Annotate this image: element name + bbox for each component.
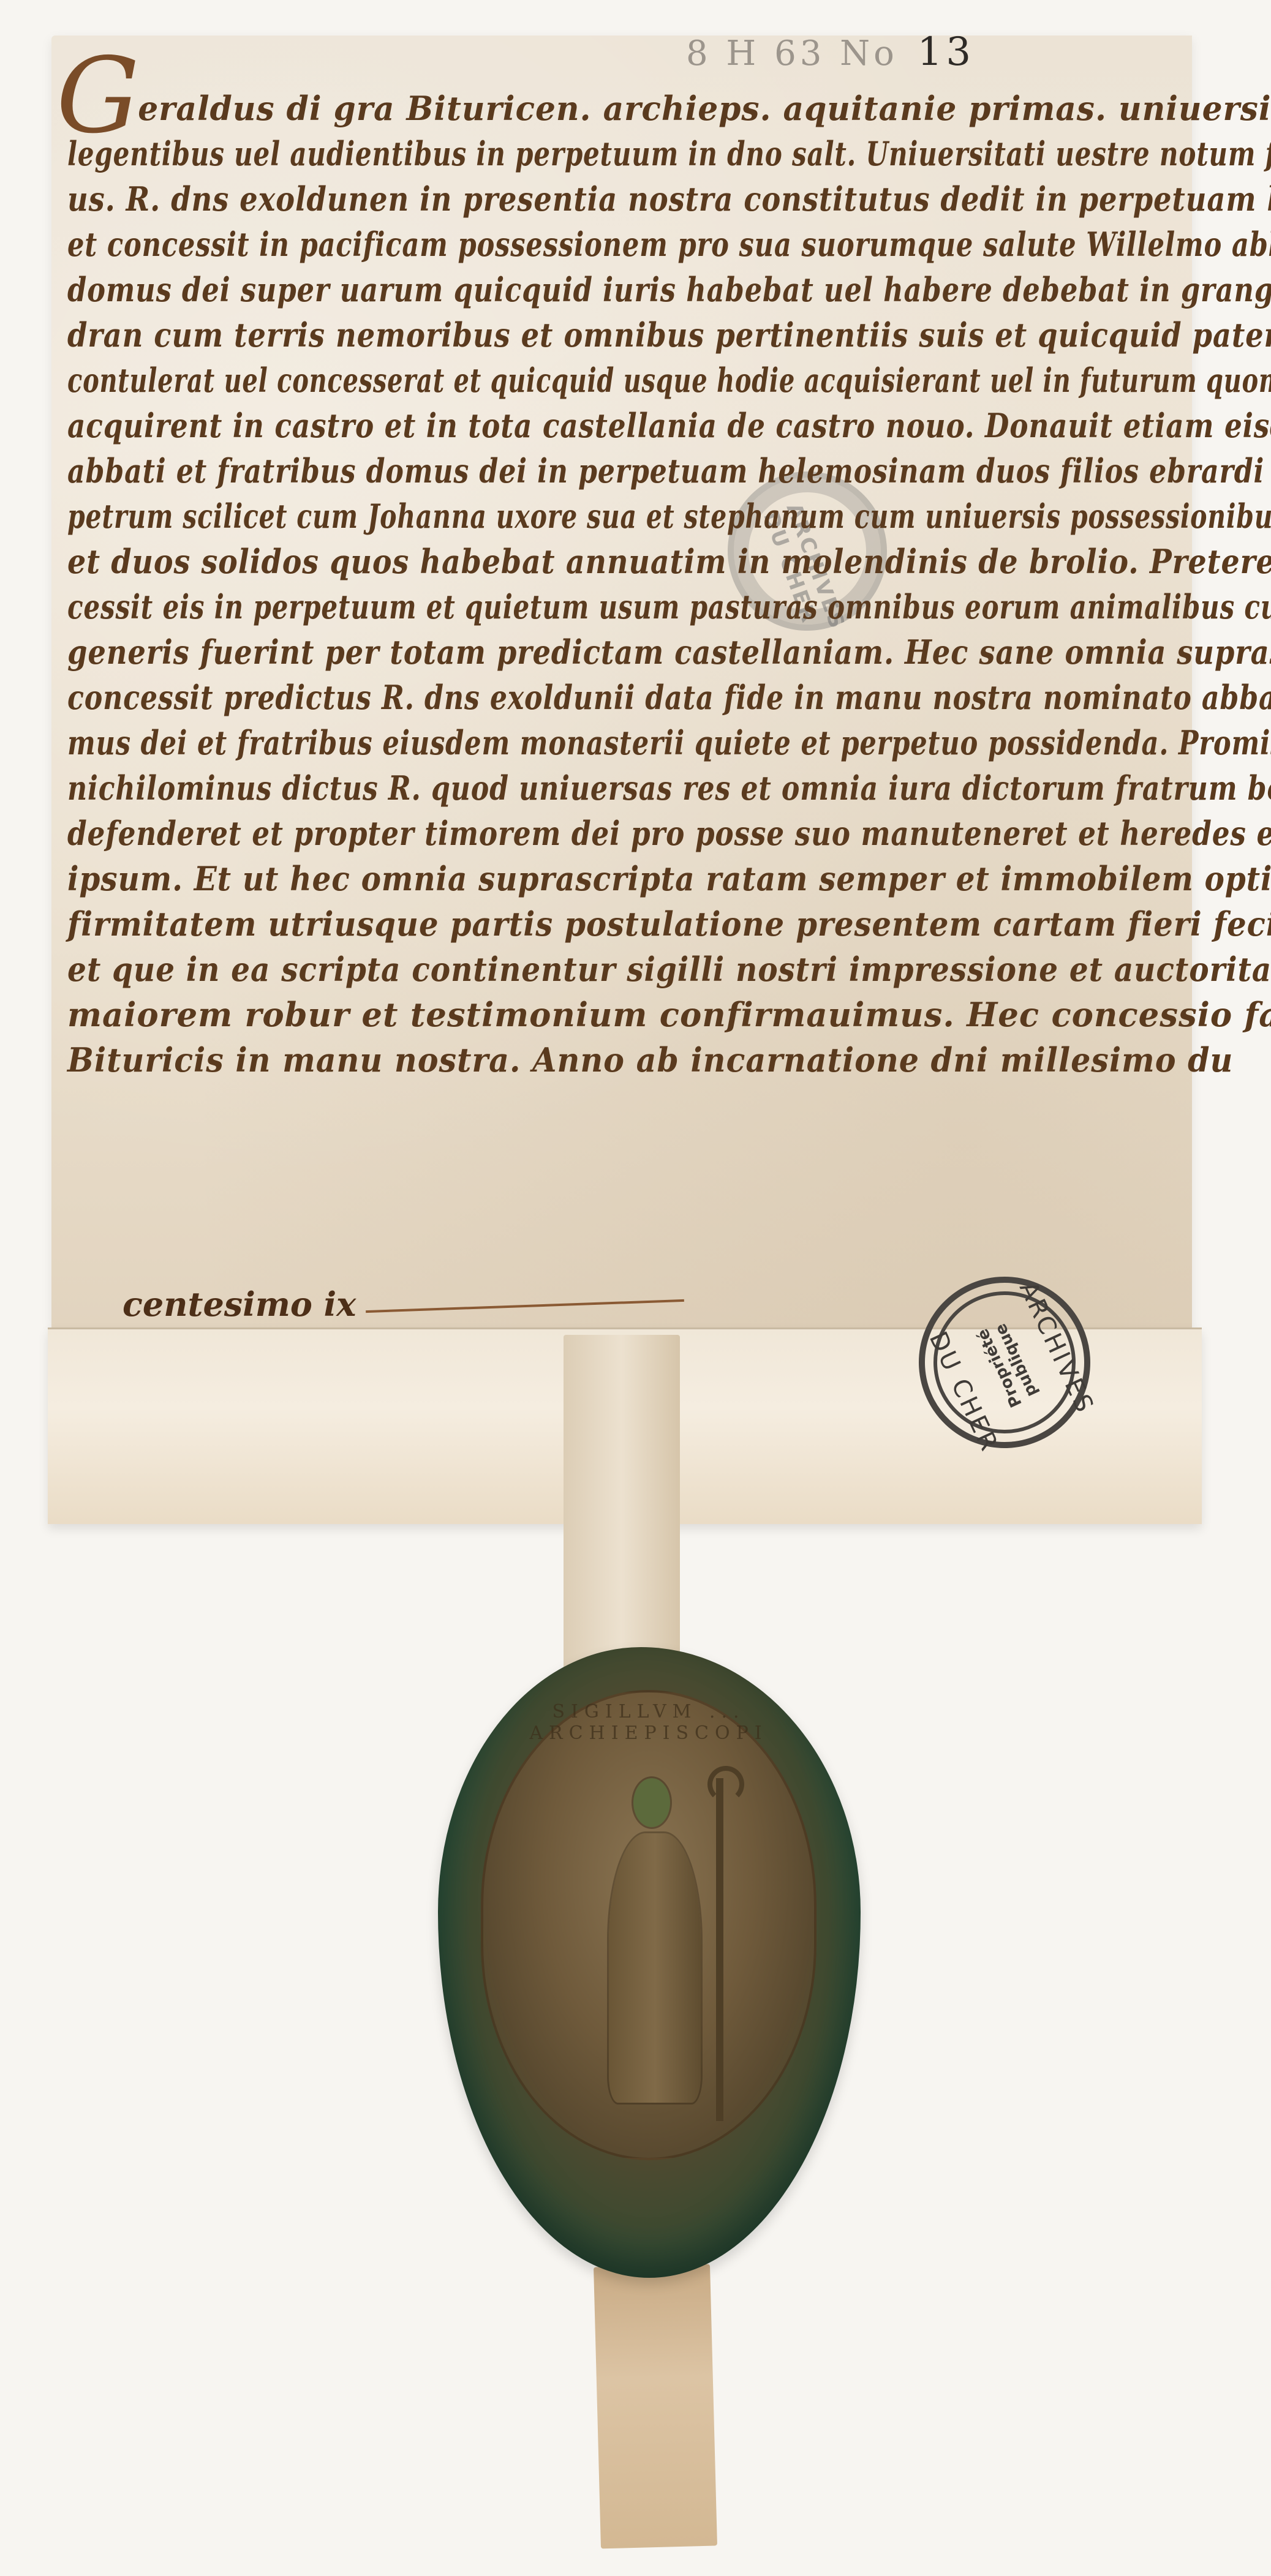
text-line: firmitatem utriusque partis postulatione… [67, 901, 1071, 947]
text-line: petrum scilicet cum Johanna uxore sua et… [67, 494, 896, 539]
text-line: et que in ea scripta continentur sigilli… [67, 947, 1049, 992]
text-line: et concessit in pacificam possessionem p… [67, 222, 940, 267]
text-line: ipsum. Et ut hec omnia suprascripta rata… [67, 856, 1049, 901]
line-filler-flourish [366, 1299, 684, 1313]
seal-impression: SIGILLVM ... ARCHIEPISCOPI [481, 1690, 817, 2160]
text-line: eraldus di gra Bituricen. archieps. aqui… [67, 86, 1114, 131]
shelfmark-printed: 8 H 63 No [686, 34, 898, 73]
text-line: et duos solidos quos habebat annuatim in… [67, 539, 1027, 584]
seal-tag-upper [564, 1335, 680, 1678]
wax-seal: SIGILLVM ... ARCHIEPISCOPI [438, 1647, 861, 2278]
date-line: centesimo ix [123, 1285, 684, 1324]
text-line: nichilominus dictus R. quod uniuersas re… [67, 765, 962, 811]
figure-head-icon [633, 1778, 670, 1827]
stamp-inner: Propriété publique [973, 1318, 1043, 1410]
text-line: maiorem robur et testimonium confirmauim… [67, 992, 1136, 1037]
text-line: us. R. dns exoldunen in presentia nostra… [67, 176, 1005, 222]
crozier-icon [716, 1778, 723, 2121]
text-line: cessit eis in perpetuum et quietum usum … [67, 584, 918, 629]
seal-legend: SIGILLVM ... ARCHIEPISCOPI [496, 1701, 802, 1744]
date-text: centesimo ix [123, 1285, 356, 1324]
text-line: Bituricis in manu nostra. Anno ab incarn… [67, 1037, 1092, 1083]
text-line: dran cum terris nemoribus et omnibus per… [67, 312, 1005, 358]
text-line: abbati et fratribus domus dei in perpetu… [67, 448, 962, 494]
text-line: defenderet et propter timorem dei pro po… [67, 811, 983, 856]
seal-tag-lower [594, 2264, 717, 2549]
text-line: contulerat uel concesserat et quicquid u… [67, 358, 874, 403]
text-line: mus dei et fratribus eiusdem monasterii … [67, 720, 940, 765]
text-line: legentibus uel audientibus in perpetuum … [67, 131, 918, 176]
shelfmark: 8 H 63 No 13 [686, 29, 975, 75]
text-line: acquirent in castro et in tota castellan… [67, 403, 983, 448]
text-line: concessit predictus R. dns exoldunii dat… [67, 675, 962, 720]
text-line: generis fuerint per totam predictam cast… [67, 629, 1005, 675]
text-line: domus dei super uarum quicquid iuris hab… [67, 267, 972, 312]
crozier-hook-icon [707, 1766, 744, 1803]
archbishop-figure-icon [609, 1833, 701, 2103]
shelfmark-number: 13 [918, 29, 975, 75]
charter-text: eraldus di gra Bituricen. archieps. aqui… [67, 86, 1158, 1083]
